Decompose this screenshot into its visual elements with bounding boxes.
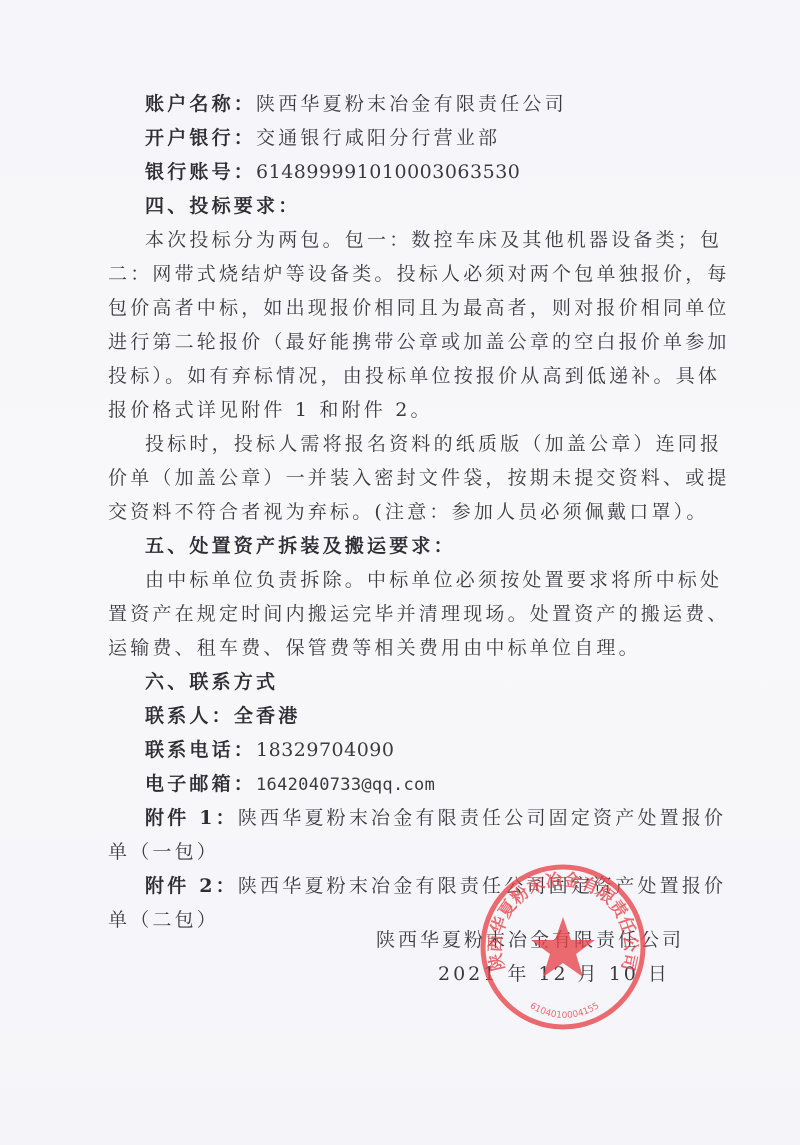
attachment-2-label: 附件 2：: [145, 875, 238, 897]
account-name-label: 账户名称：: [145, 93, 256, 115]
contact-phone-label: 联系电话：: [145, 739, 256, 761]
contact-email-label: 电子邮箱：: [145, 773, 256, 795]
svg-text:6104010004155: 6104010004155: [528, 1001, 601, 1021]
contact-person-label: 联系人：: [145, 705, 234, 727]
bank-line: 开户银行：交通银行咸阳分行营业部: [145, 126, 500, 150]
section4-para1-line: 投标）。如有弃标情况，由投标单位按报价从高到低递补。具体: [108, 364, 720, 388]
section4-para1-line: 报价格式详见附件 1 和附件 2。: [108, 398, 433, 422]
account-number-label: 银行账号：: [145, 161, 256, 183]
contact-email-value: 1642040733@qq.com: [256, 775, 435, 795]
contact-person-line: 联系人：全香港: [145, 704, 300, 728]
account-name-line: 账户名称：陕西华夏粉末冶金有限责任公司: [145, 92, 567, 116]
section5-para-line: 运输费、租车费、保管费等相关费用由中标单位自理。: [108, 636, 641, 660]
bank-value: 交通银行咸阳分行营业部: [256, 127, 500, 149]
attachment-1-line2: 单（一包）: [108, 840, 219, 864]
section4-para1-line: 包价高者中标，如出现报价相同且为最高者，则对报价相同单位: [108, 296, 730, 320]
section4-para2-line: 价单（加盖公章）一并装入密封文件袋，按期未提交资料、或提: [108, 466, 730, 490]
contact-phone-line: 联系电话：18329704090: [145, 738, 395, 762]
account-name-value: 陕西华夏粉末冶金有限责任公司: [256, 93, 567, 115]
section4-para2-line: 投标时，投标人需将报名资料的纸质版（加盖公章）连同报: [145, 432, 722, 456]
account-number-value: 614899991010003063530: [256, 161, 520, 183]
section4-para1-line: 二：网带式烧结炉等设备类。投标人必须对两个包单独报价，每: [108, 262, 730, 286]
attachment-2-line2: 单（二包）: [108, 908, 219, 932]
section4-para1-line: 进行第二轮报价（最好能携带公章或加盖公章的空白报价单参加: [108, 330, 730, 354]
section4-heading: 四、投标要求：: [145, 194, 300, 218]
section5-para-line: 置资产在规定时间内搬运完毕并清理现场。处置资产的搬运费、: [108, 602, 730, 626]
contact-phone-value: 18329704090: [256, 739, 394, 761]
section5-heading: 五、处置资产拆装及搬运要求：: [145, 534, 456, 558]
contact-email-line: 电子邮箱：1642040733@qq.com: [145, 772, 435, 797]
attachment-1-title: 陕西华夏粉末冶金有限责任公司固定资产处置报价: [238, 807, 726, 829]
section4-para1-line: 本次投标分为两包。包一：数控车床及其他机器设备类；包: [145, 228, 722, 252]
document-page: 账户名称：陕西华夏粉末冶金有限责任公司 开户银行：交通银行咸阳分行营业部 银行账…: [0, 0, 800, 1145]
attachment-1-label: 附件 1：: [145, 807, 238, 829]
attachment-1-line: 附件 1：陕西华夏粉末冶金有限责任公司固定资产处置报价: [145, 806, 726, 830]
company-seal-icon: 陕西华夏粉末冶金有限责任公司 6104010004155: [478, 862, 648, 1032]
account-number-line: 银行账号：614899991010003063530: [145, 160, 520, 184]
bank-label: 开户银行：: [145, 127, 256, 149]
section6-heading: 六、联系方式: [145, 670, 278, 694]
contact-person-value: 全香港: [234, 705, 301, 727]
section4-para2-line: 交资料不符合者视为弃标。(注意：参加人员必须佩戴口罩）。: [108, 500, 709, 524]
section5-para-line: 由中标单位负责拆除。中标单位必须按处置要求将所中标处: [145, 568, 722, 592]
